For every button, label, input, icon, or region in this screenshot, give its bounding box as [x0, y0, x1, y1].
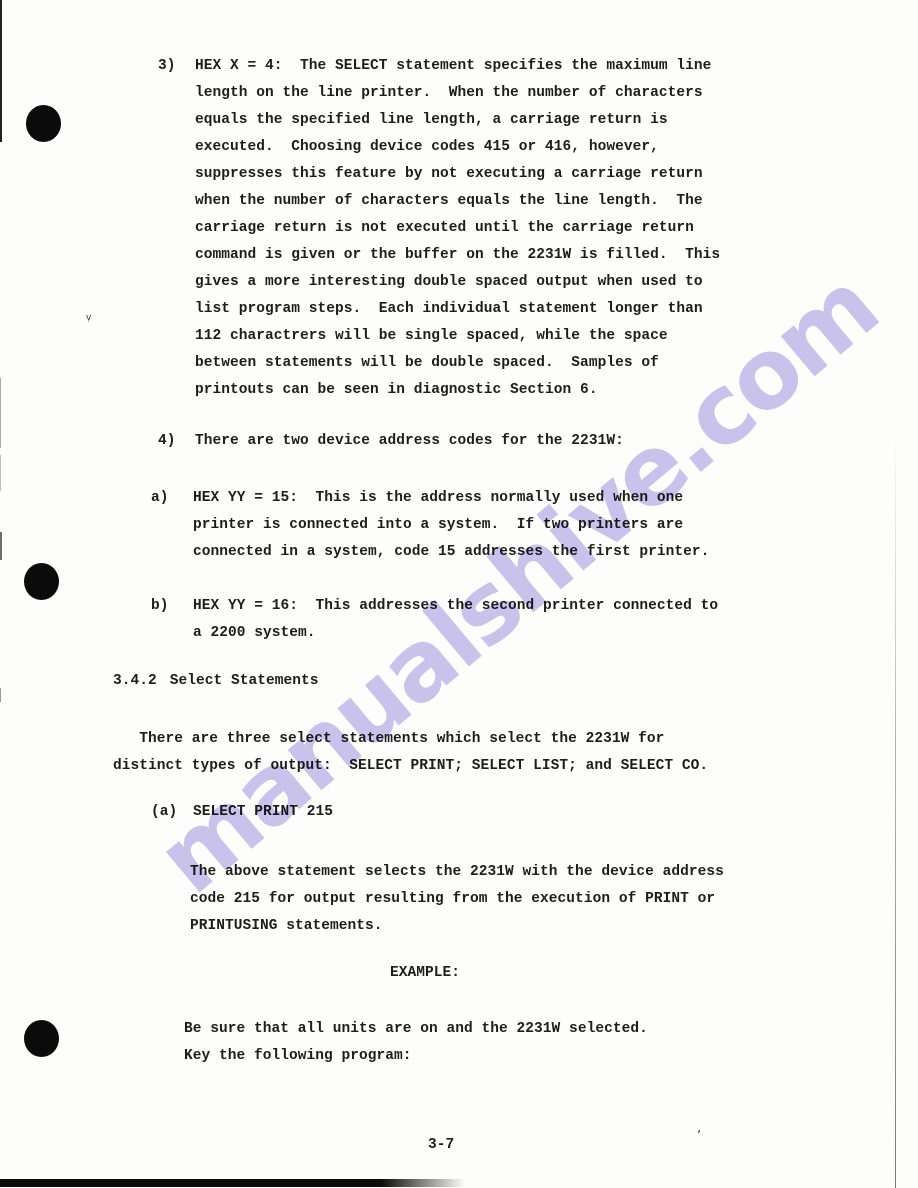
list-item-b-text: HEX YY = 16: This addresses the second p…	[193, 593, 718, 647]
example-label: EXAMPLE:	[390, 960, 460, 987]
list-item-3-label: 3)	[158, 53, 176, 80]
select-print-statement: SELECT PRINT 215	[193, 799, 333, 826]
section-number: 3.4.2	[113, 668, 157, 695]
scan-edge-artifact	[0, 455, 1, 491]
intro-paragraph: There are three select statements which …	[113, 726, 708, 780]
section-heading: 3.4.2 Select Statements	[113, 668, 319, 695]
above-statement-paragraph: The above statement selects the 2231W wi…	[190, 859, 724, 940]
list-item-3-text: HEX X = 4: The SELECT statement specifie…	[195, 53, 720, 404]
list-item-a-label: a)	[151, 485, 169, 512]
scanned-manual-page: 3) HEX X = 4: The SELECT statement speci…	[0, 0, 918, 1188]
stray-pen-mark: ṿ	[86, 314, 91, 323]
list-item-a-text: HEX YY = 15: This is the address normall…	[193, 485, 709, 566]
hole-punch-mark	[24, 1020, 59, 1057]
page-number: 3-7	[428, 1132, 454, 1159]
scan-bottom-bar-artifact	[0, 1179, 465, 1187]
be-sure-paragraph: Be sure that all units are on and the 22…	[184, 1016, 648, 1070]
hole-punch-mark	[24, 563, 59, 600]
section-title: Select Statements	[170, 668, 319, 695]
list-item-b-label: b)	[151, 593, 169, 620]
select-print-label: (a)	[151, 799, 177, 826]
scan-edge-artifact	[0, 378, 1, 448]
scan-edge-artifact	[895, 430, 896, 1188]
scan-edge-artifact	[0, 0, 2, 142]
stray-apostrophe-mark: ’	[697, 1132, 701, 1141]
list-item-4-label: 4)	[158, 428, 176, 455]
list-item-4-text: There are two device address codes for t…	[195, 428, 624, 455]
scan-edge-artifact	[0, 532, 2, 560]
scan-edge-artifact	[0, 688, 1, 702]
hole-punch-mark	[26, 105, 61, 142]
